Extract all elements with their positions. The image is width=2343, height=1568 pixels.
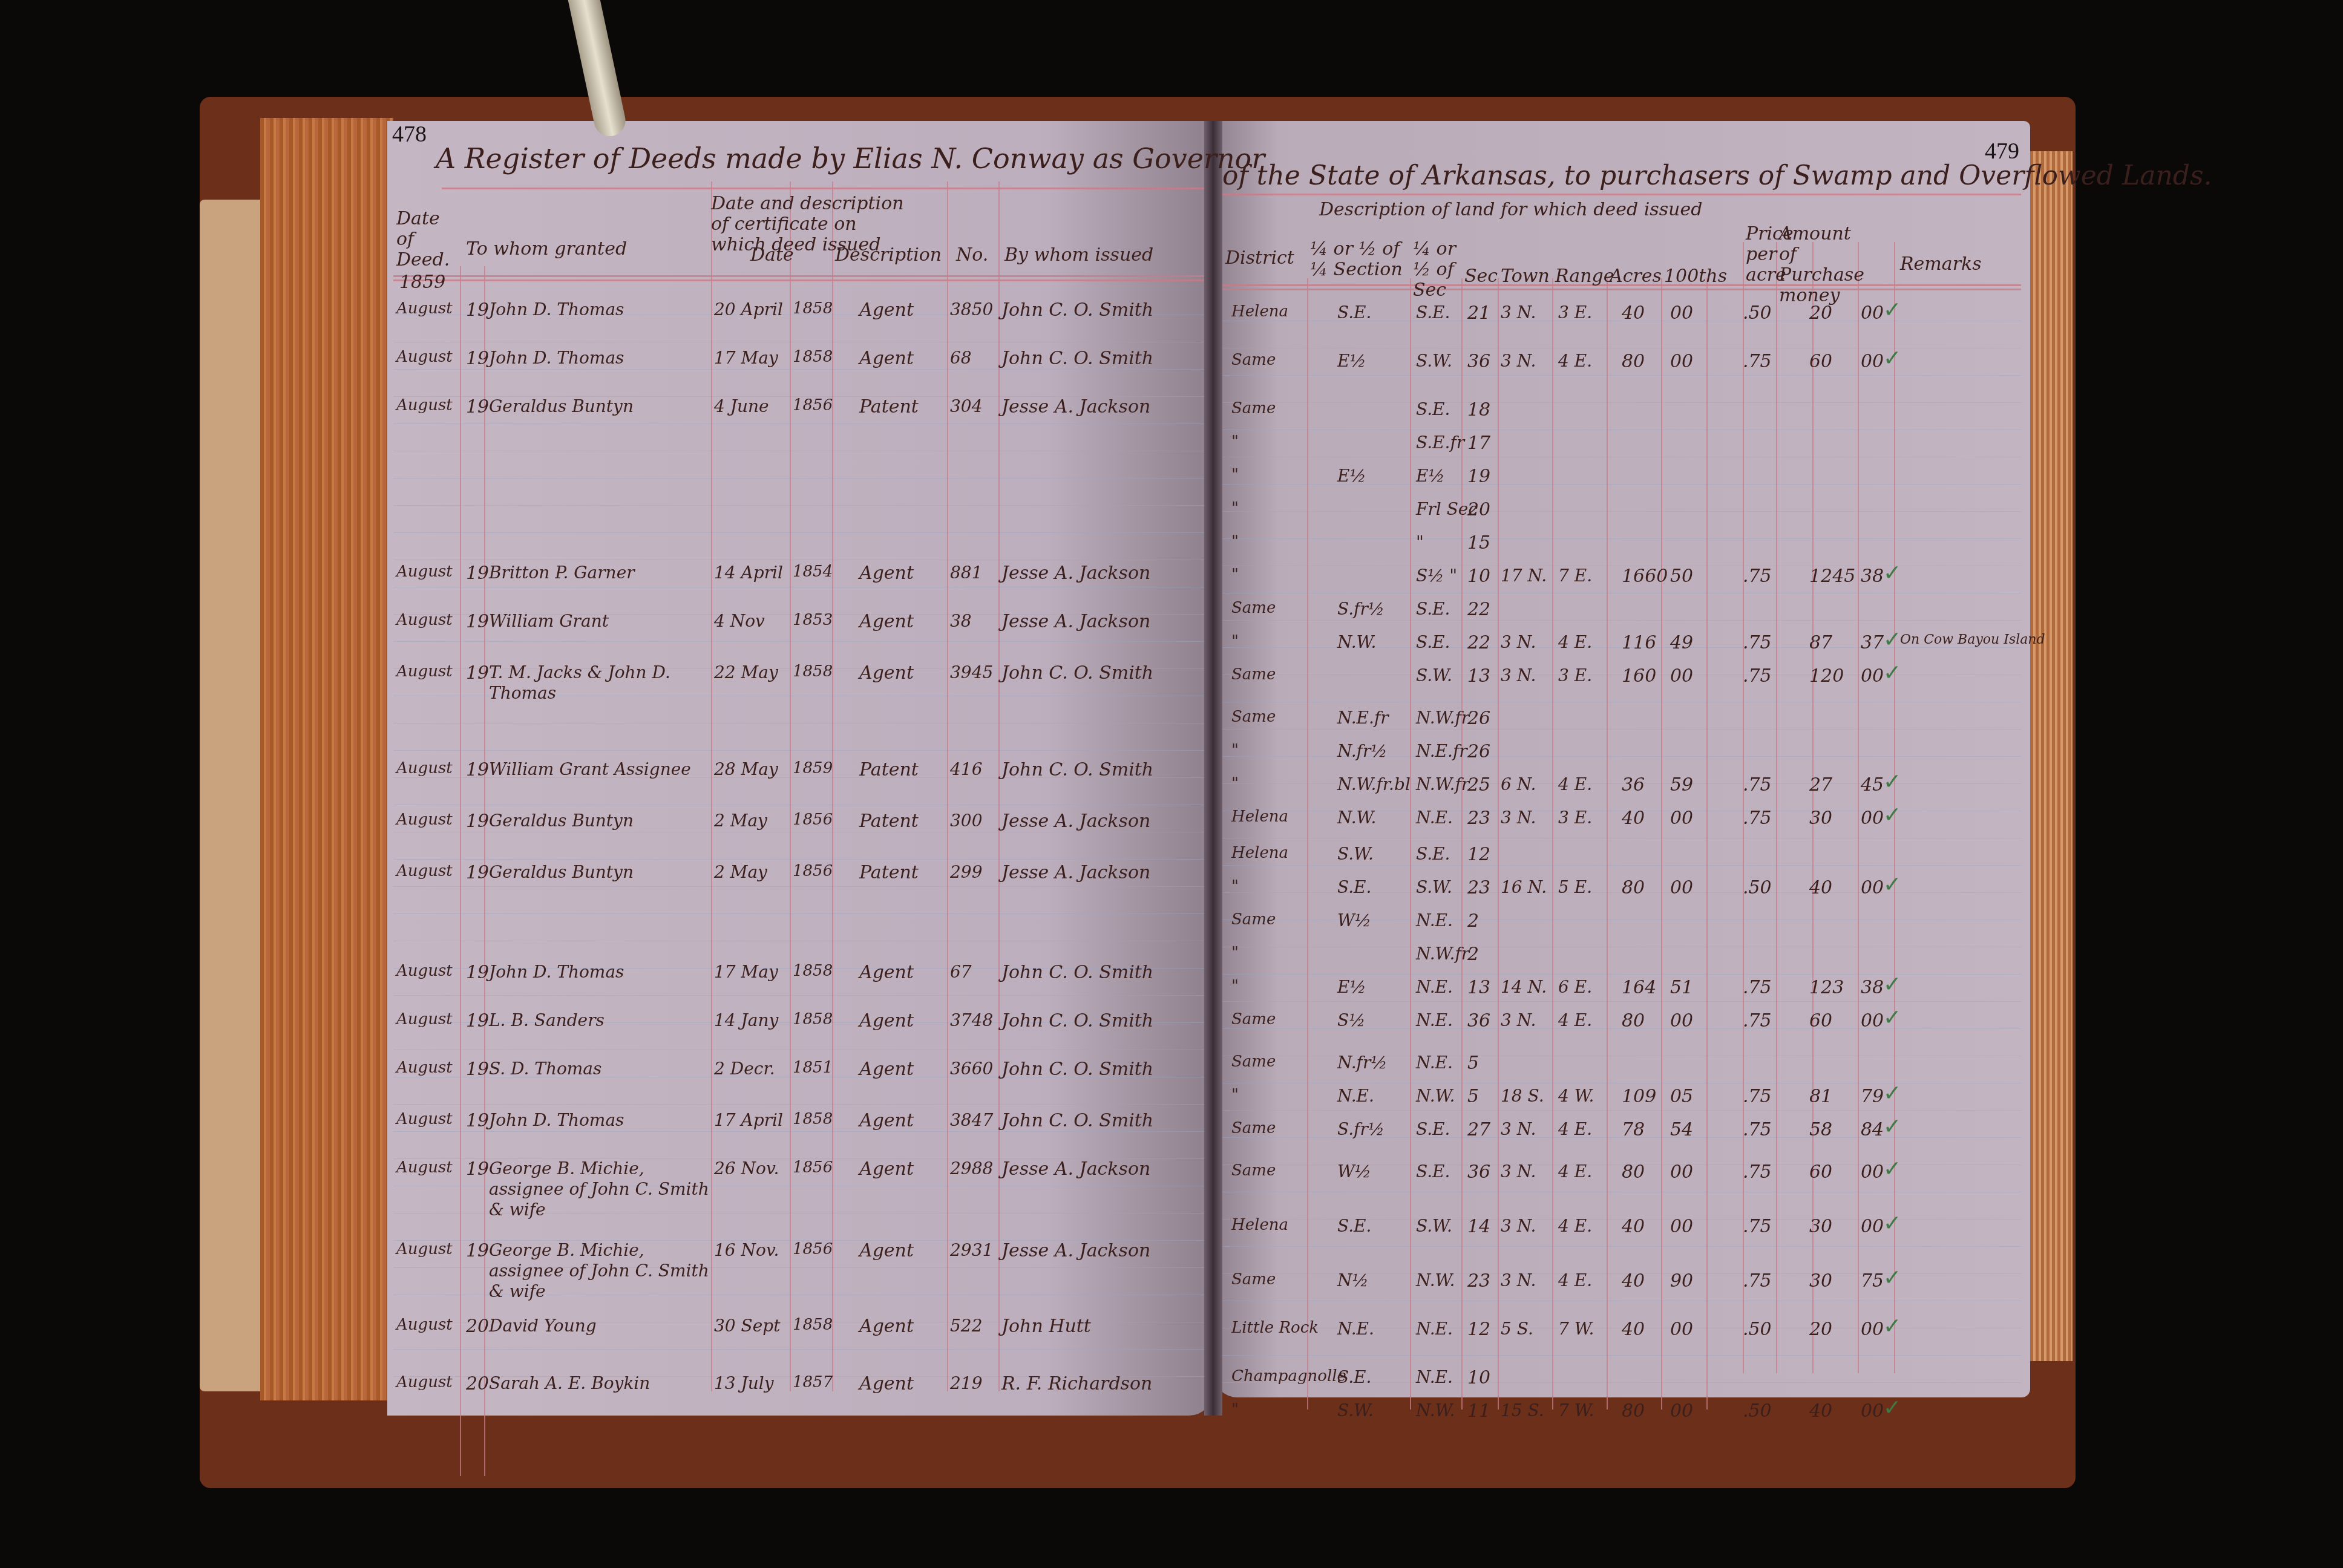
deed-month: August: [396, 1010, 453, 1028]
acres: 1660: [1622, 566, 1668, 587]
grantee-name: John D. Thomas: [489, 1110, 710, 1131]
check-mark-icon: ✓: [1883, 1211, 1901, 1236]
deed-month: August: [396, 1240, 453, 1258]
range: 4 W.: [1558, 1086, 1594, 1106]
district-name: Same: [1231, 665, 1276, 684]
range: 4 E.: [1558, 1119, 1592, 1139]
price-per-acre: .75: [1743, 1086, 1772, 1107]
issued-by: John C. O. Smith: [1001, 962, 1153, 983]
section-number: 13: [1467, 665, 1490, 687]
district-name: ": [1231, 944, 1239, 962]
certificate-description: Agent: [859, 1110, 914, 1131]
price-per-acre: .50: [1743, 302, 1772, 324]
section-number: 36: [1467, 1010, 1490, 1031]
township: 3 N.: [1501, 302, 1536, 322]
column-rule: [460, 266, 461, 1476]
certificate-year: 1857: [793, 1373, 833, 1391]
deed-month: August: [396, 962, 453, 980]
certificate-number: 881: [950, 563, 982, 583]
certificate-date: 2 May: [714, 811, 767, 831]
grantee-name: John D. Thomas: [489, 962, 710, 982]
range: 3 E.: [1558, 808, 1592, 828]
ruled-line-right: [1222, 1355, 2021, 1356]
column-rule: [1661, 278, 1662, 1410]
deed-day: 19: [466, 1158, 489, 1180]
district-name: Same: [1231, 708, 1276, 726]
column-rule: [947, 181, 948, 1391]
ruled-line-left: [393, 859, 1204, 860]
deed-month: August: [396, 1373, 453, 1391]
column-rule: [1706, 278, 1708, 1410]
issued-by: Jesse A. Jackson: [1001, 1158, 1150, 1180]
district-name: Helena: [1231, 808, 1288, 826]
ruled-line-left: [393, 587, 1204, 587]
certificate-date: 22 May: [714, 662, 778, 682]
certificate-number: 68: [950, 348, 972, 368]
township: 3 N.: [1501, 351, 1536, 371]
acres-hundredths: 00: [1670, 302, 1693, 324]
ruled-line-right: [1222, 865, 2021, 866]
grantee-name: William Grant Assignee: [489, 759, 710, 780]
district-name: Same: [1231, 1053, 1276, 1071]
purchase-cents: 00: [1861, 665, 1884, 687]
deed-day: 20: [466, 1373, 489, 1394]
district-name: Helena: [1231, 302, 1288, 321]
section-number: 23: [1467, 1270, 1490, 1292]
purchase-cents: 00: [1861, 1400, 1884, 1422]
deed-month: August: [396, 759, 453, 777]
deed-month: August: [396, 1158, 453, 1177]
section-number: 10: [1467, 566, 1490, 587]
grantee-name: T. M. Jacks & John D. Thomas: [489, 662, 710, 704]
purchase-cents: 00: [1861, 877, 1884, 898]
certificate-description: Agent: [859, 348, 914, 369]
quarter-of-section: S.E.: [1416, 844, 1450, 864]
certificate-year: 1858: [793, 1010, 833, 1028]
section-number: 12: [1467, 844, 1490, 865]
deed-day: 19: [466, 662, 489, 684]
price-per-acre: .75: [1743, 808, 1772, 829]
certificate-year: 1856: [793, 396, 833, 414]
quarter-of-section: S.W.: [1416, 1216, 1452, 1236]
acres-hundredths: 49: [1670, 632, 1693, 653]
purchase-amount: 40: [1809, 1400, 1832, 1422]
grantee-name: Geraldus Buntyn: [489, 811, 710, 831]
check-mark-icon: ✓: [1883, 1266, 1901, 1290]
issued-by: John C. O. Smith: [1001, 1110, 1153, 1131]
grantee-name: Geraldus Buntyn: [489, 396, 710, 417]
purchase-cents: 84: [1861, 1119, 1884, 1140]
issued-by: Jesse A. Jackson: [1001, 396, 1150, 417]
purchase-cents: 38: [1861, 566, 1884, 587]
ruled-line-left: [393, 641, 1204, 642]
book-gutter: [1204, 121, 1222, 1416]
district-name: ": [1231, 877, 1239, 895]
quarter-of-section: S.E.fr: [1416, 433, 1464, 452]
district-name: Same: [1231, 1010, 1276, 1028]
certificate-number: 67: [950, 962, 972, 982]
purchase-amount: 20: [1809, 302, 1832, 324]
certificate-description: Agent: [859, 1158, 914, 1180]
ruled-line-left: [393, 423, 1204, 424]
purchase-amount: 30: [1809, 808, 1832, 829]
quarter-of-section: N.E.: [1416, 910, 1453, 930]
ruled-line-left: [393, 451, 1204, 451]
price-per-acre: .75: [1743, 665, 1772, 687]
certificate-number: 219: [950, 1373, 982, 1393]
ruled-line-right: [1222, 511, 2021, 512]
section-number: 26: [1467, 708, 1490, 729]
certificate-number: 300: [950, 811, 982, 831]
ruled-line-right: [1222, 838, 2021, 838]
column-header-to_whom_granted: To whom granted: [466, 239, 627, 260]
grantee-name: Sarah A. E. Boykin: [489, 1373, 710, 1394]
certificate-year: 1856: [793, 862, 833, 880]
purchase-cents: 00: [1861, 1010, 1884, 1031]
column-rule: [998, 181, 1000, 1391]
price-per-acre: .75: [1743, 1119, 1772, 1140]
certificate-year: 1858: [793, 662, 833, 681]
grantee-name: John D. Thomas: [489, 348, 710, 368]
ruled-line-left: [393, 750, 1204, 751]
ruled-line-left: [393, 995, 1204, 996]
price-per-acre: .75: [1743, 1216, 1772, 1237]
acres-hundredths: 00: [1670, 1161, 1693, 1183]
column-header-town: Town: [1501, 266, 1550, 287]
district-name: ": [1231, 774, 1239, 792]
purchase-amount: 81: [1809, 1086, 1832, 1107]
deed-day: 19: [466, 563, 489, 584]
certificate-year: 1856: [793, 811, 833, 829]
certificate-year: 1858: [793, 299, 833, 318]
column-header-district: District: [1225, 248, 1294, 269]
column-header-amount: Amount of Purchase money: [1779, 224, 1858, 306]
purchase-amount: 60: [1809, 1010, 1832, 1031]
quarter-section: W½: [1337, 910, 1371, 930]
quarter-of-section: N.E.: [1416, 1319, 1453, 1339]
section-number: 15: [1467, 532, 1490, 554]
certificate-description: Agent: [859, 563, 914, 584]
column-header-hundredths: 100ths: [1664, 266, 1727, 287]
quarter-of-section: N.E.: [1416, 808, 1453, 828]
quarter-section: N.E.fr: [1337, 708, 1389, 728]
range: 5 E.: [1558, 877, 1592, 897]
purchase-cents: 45: [1861, 774, 1884, 795]
district-name: ": [1231, 977, 1239, 995]
purchase-cents: 79: [1861, 1086, 1884, 1107]
grantee-name: David Young: [489, 1316, 710, 1336]
district-name: Helena: [1231, 1216, 1288, 1234]
purchase-amount: 1245: [1809, 566, 1855, 587]
certificate-date: 17 April: [714, 1110, 783, 1130]
ruled-line-left: [393, 886, 1204, 887]
section-number: 23: [1467, 808, 1490, 829]
section-number: 22: [1467, 632, 1490, 653]
purchase-amount: 60: [1809, 1161, 1832, 1183]
township: 3 N.: [1501, 1119, 1536, 1139]
quarter-of-section: N.W.: [1416, 1270, 1455, 1290]
section-number: 14: [1467, 1216, 1490, 1237]
column-rule: [1776, 242, 1777, 1373]
issued-by: Jesse A. Jackson: [1001, 1240, 1150, 1261]
quarter-section: N½: [1337, 1270, 1369, 1290]
district-name: ": [1231, 532, 1239, 550]
page-stack-right: [2030, 151, 2073, 1361]
column-header-date: Date: [750, 245, 794, 266]
column-rule: [790, 181, 791, 1391]
column-header-no: No.: [956, 245, 988, 266]
page-number-left: 478: [392, 121, 427, 148]
certificate-description: Agent: [859, 1373, 914, 1394]
certificate-year: 1854: [793, 563, 833, 581]
section-number: 12: [1467, 1319, 1490, 1340]
check-mark-icon: ✓: [1883, 972, 1901, 997]
quarter-section: S.fr½: [1337, 599, 1384, 619]
certificate-date: 20 April: [714, 299, 783, 319]
certificate-description: Patent: [859, 862, 919, 883]
ruled-line-right: [1222, 620, 2021, 621]
quarter-of-section: N.W.fr: [1416, 708, 1469, 728]
deed-day: 19: [466, 348, 489, 369]
section-number: 13: [1467, 977, 1490, 998]
issued-by: John C. O. Smith: [1001, 1059, 1153, 1080]
deed-month: August: [396, 611, 453, 629]
column-rule: [1307, 278, 1308, 1410]
purchase-amount: 30: [1809, 1216, 1832, 1237]
column-header-sec: Sec: [1464, 266, 1498, 287]
grantee-name: S. D. Thomas: [489, 1059, 710, 1079]
deed-month: August: [396, 811, 453, 829]
certificate-number: 304: [950, 396, 982, 416]
ruled-line-right: [1222, 1246, 2021, 1247]
section-number: 11: [1467, 1400, 1490, 1422]
certificate-year: 1851: [793, 1059, 833, 1077]
price-per-acre: .75: [1743, 566, 1772, 587]
township: 14 N.: [1501, 977, 1547, 997]
section-number: 10: [1467, 1367, 1490, 1388]
acres-hundredths: 54: [1670, 1119, 1693, 1140]
header-rule: [393, 279, 1204, 281]
purchase-cents: 38: [1861, 977, 1884, 998]
column-rule: [1410, 278, 1411, 1410]
acres-hundredths: 05: [1670, 1086, 1693, 1107]
quarter-of-section: S½ ": [1416, 566, 1457, 586]
quarter-of-section: S.E.: [1416, 1119, 1450, 1139]
acres: 40: [1622, 1270, 1645, 1292]
purchase-amount: 123: [1809, 977, 1844, 998]
ruled-line-left: [393, 1104, 1204, 1105]
grantee-name: George B. Michie, assignee of John C. Sm…: [489, 1240, 710, 1302]
section-number: 26: [1467, 741, 1490, 762]
certificate-description: Agent: [859, 611, 914, 632]
quarter-section: S.E.: [1337, 1367, 1371, 1387]
quarter-of-section: N.W.fr: [1416, 774, 1469, 794]
certificate-date: 14 Jany: [714, 1010, 778, 1030]
acres-hundredths: 51: [1670, 977, 1693, 998]
purchase-amount: 60: [1809, 351, 1832, 372]
column-header-land_group: Description of land for which deed issue…: [1319, 200, 1702, 220]
district-name: ": [1231, 566, 1239, 584]
certificate-number: 3748: [950, 1010, 993, 1030]
district-name: Champagnolle: [1231, 1367, 1346, 1385]
column-header-price_per_acre: Price per acre: [1746, 224, 1776, 286]
grantee-name: Geraldus Buntyn: [489, 862, 710, 883]
grantee-name: Britton P. Garner: [489, 563, 710, 583]
certificate-description: Patent: [859, 759, 919, 780]
deed-month: August: [396, 862, 453, 880]
certificate-year: 1859: [793, 759, 833, 777]
section-number: 20: [1467, 499, 1490, 520]
certificate-date: 4 June: [714, 396, 769, 416]
district-name: Little Rock: [1231, 1319, 1319, 1337]
certificate-date: 2 Decr.: [714, 1059, 775, 1079]
ruled-line-left: [393, 941, 1204, 941]
acres-hundredths: 00: [1670, 1319, 1693, 1340]
township: 3 N.: [1501, 808, 1536, 828]
acres: 160: [1622, 665, 1656, 687]
range: 3 E.: [1558, 302, 1592, 322]
district-name: ": [1231, 632, 1239, 650]
district-name: Same: [1231, 910, 1276, 929]
ruled-line-left: [393, 369, 1204, 370]
remarks: On Cow Bayou Island: [1900, 632, 2045, 647]
price-per-acre: .75: [1743, 1161, 1772, 1183]
district-name: ": [1231, 1086, 1239, 1104]
purchase-cents: 00: [1861, 302, 1884, 324]
column-rule: [1858, 242, 1859, 1373]
check-mark-icon: ✓: [1883, 1081, 1901, 1106]
check-mark-icon: ✓: [1883, 769, 1901, 794]
certificate-description: Agent: [859, 299, 914, 321]
price-per-acre: .50: [1743, 877, 1772, 898]
certificate-number: 522: [950, 1316, 982, 1336]
township: 15 S.: [1501, 1400, 1544, 1420]
range: 6 E.: [1558, 977, 1592, 997]
ruled-line-right: [1222, 1301, 2021, 1301]
range: 7 E.: [1558, 566, 1592, 586]
acres-hundredths: 00: [1670, 1400, 1693, 1422]
ruled-line-left: [393, 1349, 1204, 1350]
quarter-section: S.E.: [1337, 877, 1371, 897]
section-number: 18: [1467, 399, 1490, 420]
ruled-line-left: [393, 505, 1204, 506]
ruled-line-left: [393, 1131, 1204, 1132]
quarter-of-section: N.E.fr: [1416, 741, 1467, 761]
township: 18 S.: [1501, 1086, 1544, 1106]
quarter-section: S.fr½: [1337, 1119, 1384, 1139]
price-per-acre: .75: [1743, 351, 1772, 372]
ruled-line-left: [393, 723, 1204, 724]
deed-month: August: [396, 1059, 453, 1077]
range: 7 W.: [1558, 1400, 1594, 1420]
certificate-year: 1853: [793, 611, 833, 629]
certificate-number: 3945: [950, 662, 993, 682]
quarter-section: W½: [1337, 1161, 1371, 1181]
check-mark-icon: ✓: [1883, 1314, 1901, 1339]
register-title-left: A Register of Deeds made by Elias N. Con…: [436, 142, 1265, 175]
acres: 80: [1622, 1161, 1645, 1183]
ruled-line-right: [1222, 538, 2021, 539]
section-number: 27: [1467, 1119, 1490, 1140]
acres: 109: [1622, 1086, 1656, 1107]
acres-hundredths: 00: [1670, 877, 1693, 898]
issued-by: Jesse A. Jackson: [1001, 611, 1150, 632]
quarter-section: N.W.fr.bl: [1337, 774, 1411, 794]
district-name: Helena: [1231, 844, 1288, 862]
purchase-cents: 00: [1861, 351, 1884, 372]
column-header-remarks: Remarks: [1900, 254, 1982, 275]
section-number: 25: [1467, 774, 1490, 795]
district-name: ": [1231, 466, 1239, 484]
certificate-number: 2988: [950, 1158, 993, 1178]
header-rule: [393, 275, 1204, 277]
check-mark-icon: ✓: [1883, 1005, 1901, 1030]
section-number: 5: [1467, 1053, 1479, 1074]
township: 3 N.: [1501, 632, 1536, 652]
section-number: 22: [1467, 599, 1490, 620]
district-name: Same: [1231, 351, 1276, 369]
certificate-date: 30 Sept: [714, 1316, 780, 1336]
deed-month: August: [396, 662, 453, 681]
deed-month: August: [396, 299, 453, 318]
certificate-year: 1856: [793, 1240, 833, 1258]
price-per-acre: .50: [1743, 1400, 1772, 1422]
acres-hundredths: 00: [1670, 665, 1693, 687]
quarter-of-section: N.E.: [1416, 1010, 1453, 1030]
acres: 164: [1622, 977, 1656, 998]
quarter-section: N.E.: [1337, 1319, 1374, 1339]
column-header-acres: Acres: [1610, 266, 1662, 287]
ruled-line-left: [393, 560, 1204, 560]
deed-day: 20: [466, 1316, 489, 1337]
issued-by: John C. O. Smith: [1001, 662, 1153, 684]
quarter-section: S.W.: [1337, 844, 1374, 864]
certificate-date: 16 Nov.: [714, 1240, 779, 1260]
acres: 40: [1622, 808, 1645, 829]
deed-day: 19: [466, 1010, 489, 1031]
acres-hundredths: 50: [1670, 566, 1693, 587]
acres: 80: [1622, 1400, 1645, 1422]
acres: 116: [1622, 632, 1656, 653]
ruled-line-right: [1222, 430, 2021, 430]
quarter-of-section: N.E.: [1416, 977, 1453, 997]
certificate-year: 1856: [793, 1158, 833, 1177]
quarter-section: S.E.: [1337, 1216, 1371, 1236]
certificate-description: Patent: [859, 396, 919, 417]
quarter-section: E½: [1337, 977, 1366, 997]
issued-by: John C. O. Smith: [1001, 1010, 1153, 1031]
certificate-date: 28 May: [714, 759, 778, 779]
acres: 80: [1622, 1010, 1645, 1031]
quarter-of-section: ": [1416, 532, 1424, 552]
purchase-cents: 00: [1861, 808, 1884, 829]
quarter-of-section: S.E.: [1416, 302, 1450, 322]
certificate-description: Agent: [859, 1316, 914, 1337]
acres-hundredths: 00: [1670, 1010, 1693, 1031]
township: 3 N.: [1501, 1161, 1536, 1181]
district-name: Same: [1231, 1270, 1276, 1289]
certificate-number: 3660: [950, 1059, 993, 1079]
deed-month: August: [396, 1316, 453, 1334]
deed-month: August: [396, 396, 453, 414]
certificate-number: 38: [950, 611, 972, 631]
township: 6 N.: [1501, 774, 1536, 794]
purchase-amount: 40: [1809, 877, 1832, 898]
section-number: 23: [1467, 877, 1490, 898]
certificate-number: 2931: [950, 1240, 993, 1260]
cover-edge: [200, 200, 260, 1391]
deed-month: August: [396, 348, 453, 366]
